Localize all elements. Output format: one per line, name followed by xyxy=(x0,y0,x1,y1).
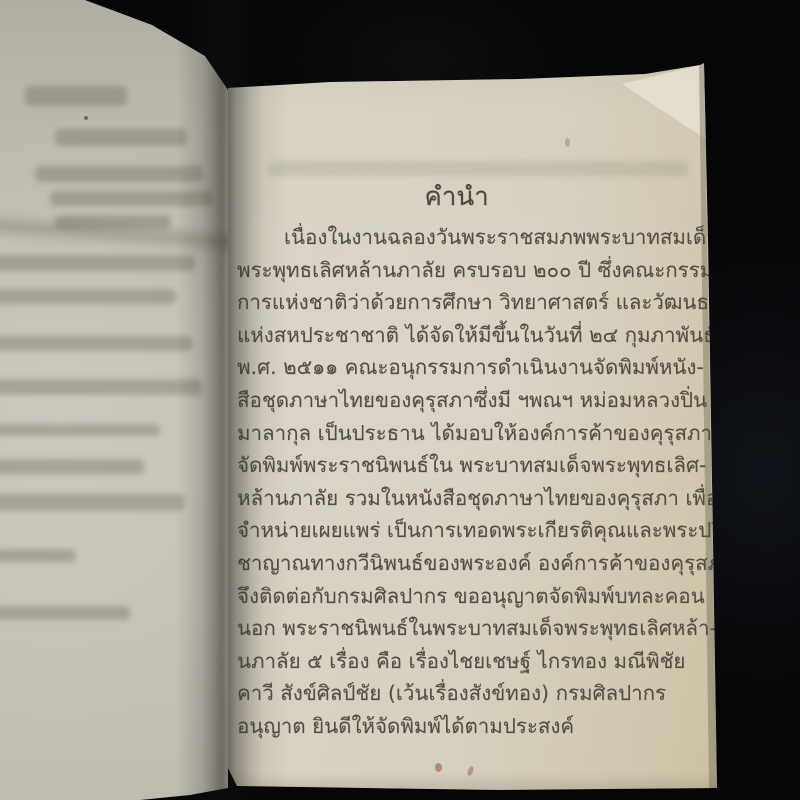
paragraph-line: จึงติดต่อกับกรมศิลปากร ขออนุญาตจัดพิมพ์บ… xyxy=(237,580,708,613)
bleed-through-line xyxy=(35,166,203,182)
paragraph-line: หล้านภาลัย รวมในหนังสือชุดภาษาไทยของคุรุ… xyxy=(237,482,708,515)
paragraph-line: แห่งสหประชาชาติ ได้จัดให้มีขึ้นในวันที่ … xyxy=(237,319,708,352)
bleed-through-line xyxy=(0,424,160,436)
paragraph-line: นอก พระราชนิพนธ์ในพระบาทสมเด็จพระพุทธเลิ… xyxy=(237,612,708,645)
paragraph-line: คาวี สังข์ศิลป์ชัย (เว้นเรื่องสังข์ทอง) … xyxy=(237,677,708,710)
bleed-through-line xyxy=(0,549,76,562)
ink-speck xyxy=(84,116,88,120)
paragraph-line: พ.ศ. ๒๕๑๑ คณะอนุกรรมการดำเนินงานจัดพิมพ์… xyxy=(237,351,708,384)
paragraph-line: จำหน่ายเผยแพร่ เป็นการเทอดพระเกียรติคุณแ… xyxy=(237,514,708,547)
paragraph-line: พระพุทธเลิศหล้านภาลัย ครบรอบ ๒๐๐ ปี ซึ่ง… xyxy=(237,254,708,287)
bleed-through-line xyxy=(0,379,202,395)
bleed-through-line xyxy=(0,459,144,474)
bleed-through-line xyxy=(0,255,195,271)
stain-speck xyxy=(466,765,474,776)
paragraph-line: มาลากุล เป็นประธาน ได้มอบให้องค์การค้าขอ… xyxy=(237,417,708,450)
bleed-through-line xyxy=(55,129,187,146)
bleed-through-line xyxy=(0,494,184,511)
paragraph-line: จัดพิมพ์พระราชนิพนธ์ใน พระบาทสมเด็จพระพุ… xyxy=(237,449,708,482)
bleed-through-line xyxy=(50,191,212,206)
paragraph-line: สือชุดภาษาไทยของคุรุสภาซึ่งมี ฯพณฯ หม่อม… xyxy=(237,384,708,417)
paragraph-line: เนื่องในงานฉลองวันพระราชสมภพพระบาทสมเด็จ xyxy=(237,221,708,254)
page-heading: คำนำ xyxy=(221,180,692,214)
bleed-through-line xyxy=(0,289,176,304)
bleed-through-line xyxy=(268,161,688,176)
preface-text: เนื่องในงานฉลองวันพระราชสมภพพระบาทสมเด็จ… xyxy=(237,221,708,743)
paragraph-line: นภาลัย ๕ เรื่อง คือ เรื่องไชยเชษฐ์ ไกรทอ… xyxy=(237,645,708,678)
paragraph-line: อนุญาต ยินดีให้จัดพิมพ์ได้ตามประสงค์ xyxy=(237,710,708,743)
stain-speck xyxy=(565,138,570,147)
open-book-photo: คำนำ เนื่องในงานฉลองวันพระราชสมภพพระบาทส… xyxy=(0,0,800,800)
bleed-through-line xyxy=(25,86,127,106)
stain-speck xyxy=(435,763,442,772)
paragraph-line: การแห่งชาติว่าด้วยการศึกษา วิทยาศาสตร์ แ… xyxy=(237,286,708,319)
bleed-through-line xyxy=(0,606,130,620)
bleed-through-line xyxy=(0,336,192,351)
paragraph-line: ชาญาณทางกวีนิพนธ์ของพระองค์ องค์การค้าขอ… xyxy=(237,547,708,580)
